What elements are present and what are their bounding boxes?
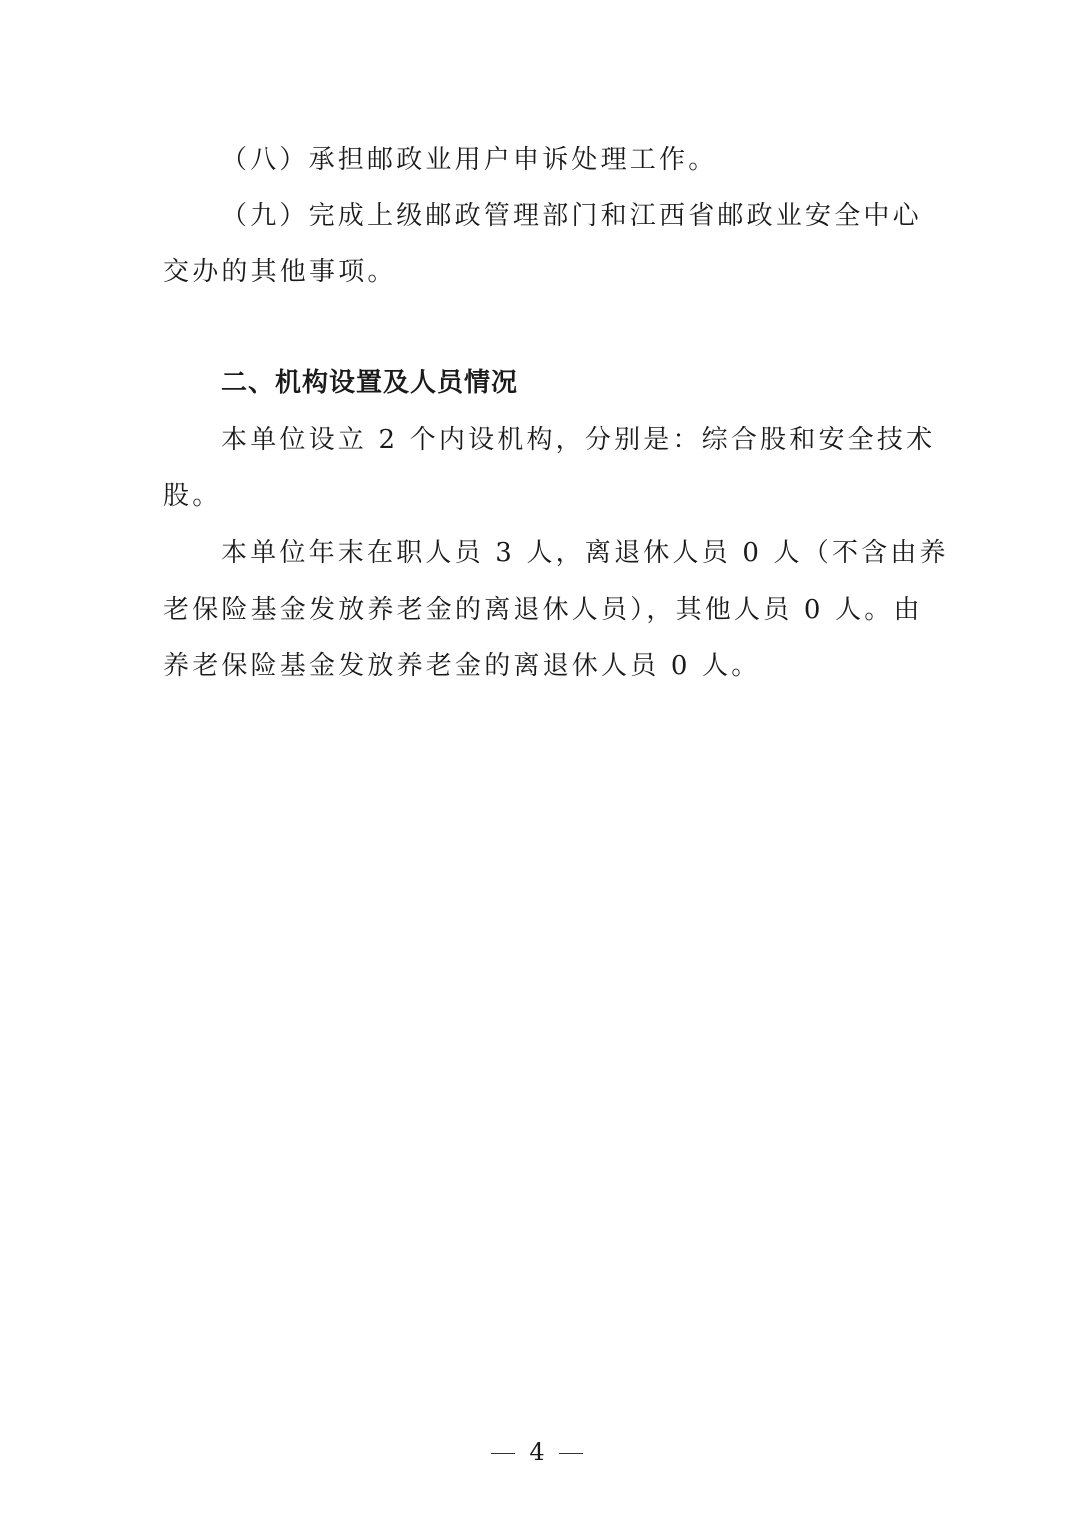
dash-right <box>559 1453 583 1454</box>
paragraph-staff-line-2: 老保险基金发放养老金的离退休人员），其他人员 0 人。由 <box>163 592 913 628</box>
paragraph-staff-line-1: 本单位年末在职人员 3 人，离退休人员 0 人（不含由养 <box>221 535 913 571</box>
paragraph-item-9-line-1: （九）完成上级邮政管理部门和江西省邮政业安全中心 <box>221 198 913 234</box>
paragraph-departments-line-1: 本单位设立 2 个内设机构，分别是：综合股和安全技术 <box>221 422 913 458</box>
section-heading: 二、机构设置及人员情况 <box>221 365 971 401</box>
dash-left <box>491 1453 515 1454</box>
page-number-footer: 4 <box>0 1437 1074 1467</box>
paragraph-item-9-line-2: 交办的其他事项。 <box>163 254 913 290</box>
paragraph-departments-line-2: 股。 <box>163 478 913 514</box>
paragraph-item-8-line-1: （八）承担邮政业用户申诉处理工作。 <box>221 142 971 178</box>
document-page: （八）承担邮政业用户申诉处理工作。 （九）完成上级邮政管理部门和江西省邮政业安全… <box>0 0 1074 1520</box>
paragraph-staff-line-3: 养老保险基金发放养老金的离退休人员 0 人。 <box>163 648 913 684</box>
page-number: 4 <box>529 1438 544 1466</box>
